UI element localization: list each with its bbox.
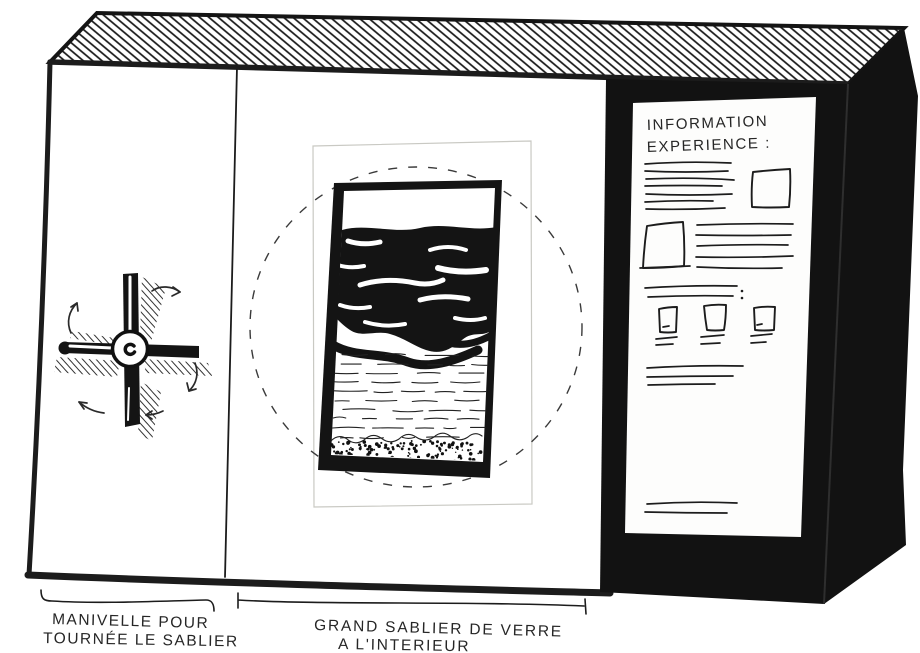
annotation-bracket-left [41, 590, 214, 611]
exhibit-cabinet-sketch: INFORMATION EXPERIENCE : MANIVELLE POUR … [0, 0, 920, 653]
crank-annotation: MANIVELLE POUR TOURNÉE LE SABLIER [41, 590, 239, 650]
crank-hub [113, 332, 148, 367]
hourglass-label-line2: A L'INTERIEUR [338, 636, 471, 653]
annotation-bracket-right [238, 593, 586, 614]
crank-label-line2: TOURNÉE LE SABLIER [43, 630, 239, 650]
crank-label-line1: MANIVELLE POUR [52, 611, 210, 632]
hourglass-window [318, 180, 502, 478]
hourglass-annotation: GRAND SABLIER DE VERRE A L'INTERIEUR [238, 593, 586, 653]
info-panel: INFORMATION EXPERIENCE : [600, 28, 918, 604]
